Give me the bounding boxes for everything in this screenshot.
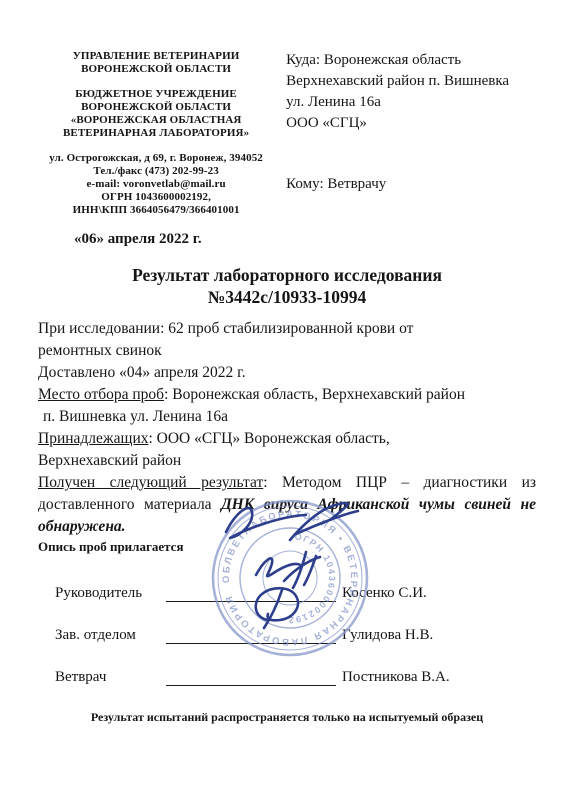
owner-line-2: Верхнехавский район bbox=[38, 450, 536, 472]
org-line: ВЕТЕРИНАРНАЯ ЛАБОРАТОРИЯ» bbox=[38, 127, 274, 140]
owner-value: : ООО «СГЦ» Воронежская область, bbox=[148, 430, 389, 447]
signature-line bbox=[166, 584, 336, 602]
place-value: : Воронежская область, Верхнехавский рай… bbox=[164, 386, 465, 403]
document-body: При исследовании: 62 проб стабилизирован… bbox=[38, 318, 536, 556]
authority-line: УПРАВЛЕНИЕ ВЕТЕРИНАРИИ bbox=[38, 50, 274, 63]
organization-name: БЮДЖЕТНОЕ УЧРЕЖДЕНИЕ ВОРОНЕЖСКОЙ ОБЛАСТИ… bbox=[38, 88, 274, 140]
signature-row: Зав. отделом Гулидова Н.В. bbox=[38, 626, 536, 644]
signature-block: Руководитель Косенко С.И. Зав. отделом Г… bbox=[38, 584, 536, 686]
place-line-2: п. Вишневка ул. Ленина 16а bbox=[38, 406, 536, 428]
org-line: БЮДЖЕТНОЕ УЧРЕЖДЕНИЕ bbox=[38, 88, 274, 101]
title-number: №3442с/10933-10994 bbox=[38, 286, 536, 308]
signature-name: Гулидова Н.В. bbox=[336, 627, 433, 644]
research-line: При исследовании: 62 проб стабилизирован… bbox=[38, 318, 536, 340]
signature-row: Ветврач Постникова В.А. bbox=[38, 668, 536, 686]
document-page: УПРАВЛЕНИЕ ВЕТЕРИНАРИИ ВОРОНЕЖСКОЙ ОБЛАС… bbox=[0, 0, 572, 800]
signature-role: Руководитель bbox=[38, 585, 166, 602]
org-email: e-mail: voronvetlab@mail.ru bbox=[38, 178, 274, 191]
place-label: Место отбора проб bbox=[38, 386, 164, 403]
signature-role: Зав. отделом bbox=[38, 627, 166, 644]
research-line: ремонтных свинок bbox=[38, 340, 536, 362]
result-line: Получен следующий результат: Методом ПЦР… bbox=[38, 472, 536, 538]
org-line: «ВОРОНЕЖСКАЯ ОБЛАСТНАЯ bbox=[38, 114, 274, 127]
place-line: Место отбора проб: Воронежская область, … bbox=[38, 384, 536, 406]
signature-row: Руководитель Косенко С.И. bbox=[38, 584, 536, 602]
signature-role: Ветврач bbox=[38, 669, 166, 686]
addressee-line: Верхнехавский район п. Вишневка bbox=[286, 71, 536, 92]
document-title: Результат лабораторного исследования №34… bbox=[38, 264, 536, 308]
signature-line bbox=[166, 626, 336, 644]
owner-label: Принадлежащих bbox=[38, 430, 148, 447]
title-line: Результат лабораторного исследования bbox=[38, 264, 536, 286]
document-content: УПРАВЛЕНИЕ ВЕТЕРИНАРИИ ВОРОНЕЖСКОЙ ОБЛАС… bbox=[0, 0, 572, 725]
addressee-line: ул. Ленина 16а bbox=[286, 92, 536, 113]
signature-line bbox=[166, 668, 336, 686]
owner-line: Принадлежащих: ООО «СГЦ» Воронежская обл… bbox=[38, 428, 536, 450]
addressee-line: ООО «СГЦ» bbox=[286, 113, 536, 134]
authority-line: ВОРОНЕЖСКОЙ ОБЛАСТИ bbox=[38, 63, 274, 76]
addressee-line: Куда: Воронежская область bbox=[286, 50, 536, 71]
org-line: ВОРОНЕЖСКОЙ ОБЛАСТИ bbox=[38, 101, 274, 114]
footer-disclaimer: Результат испытаний распространяется тол… bbox=[38, 710, 536, 725]
organization-contacts: ул. Острогожская, д 69, г. Воронеж, 3940… bbox=[38, 152, 274, 217]
delivered-line: Доставлено «04» апреля 2022 г. bbox=[38, 362, 536, 384]
org-inn-kpp: ИНН\КПП 3664056479/366401001 bbox=[38, 204, 274, 217]
org-phone: Тел./факс (473) 202-99-23 bbox=[38, 165, 274, 178]
org-address: ул. Острогожская, д 69, г. Воронеж, 3940… bbox=[38, 152, 274, 165]
document-date: «06» апреля 2022 г. bbox=[74, 231, 536, 248]
signature-name: Косенко С.И. bbox=[336, 585, 427, 602]
signature-name: Постникова В.А. bbox=[336, 669, 450, 686]
attachment-note: Опись проб прилагается bbox=[38, 538, 536, 556]
addressee-block: Куда: Воронежская область Верхнехавский … bbox=[274, 50, 536, 217]
recipient-line: Кому: Ветврачу bbox=[286, 174, 536, 195]
result-label: Получен следующий результат bbox=[38, 474, 263, 491]
org-ogrn: ОГРН 1043600002192, bbox=[38, 191, 274, 204]
document-header: УПРАВЛЕНИЕ ВЕТЕРИНАРИИ ВОРОНЕЖСКОЙ ОБЛАС… bbox=[38, 50, 536, 217]
sender-block: УПРАВЛЕНИЕ ВЕТЕРИНАРИИ ВОРОНЕЖСКОЙ ОБЛАС… bbox=[38, 50, 274, 217]
authority-name: УПРАВЛЕНИЕ ВЕТЕРИНАРИИ ВОРОНЕЖСКОЙ ОБЛАС… bbox=[38, 50, 274, 76]
